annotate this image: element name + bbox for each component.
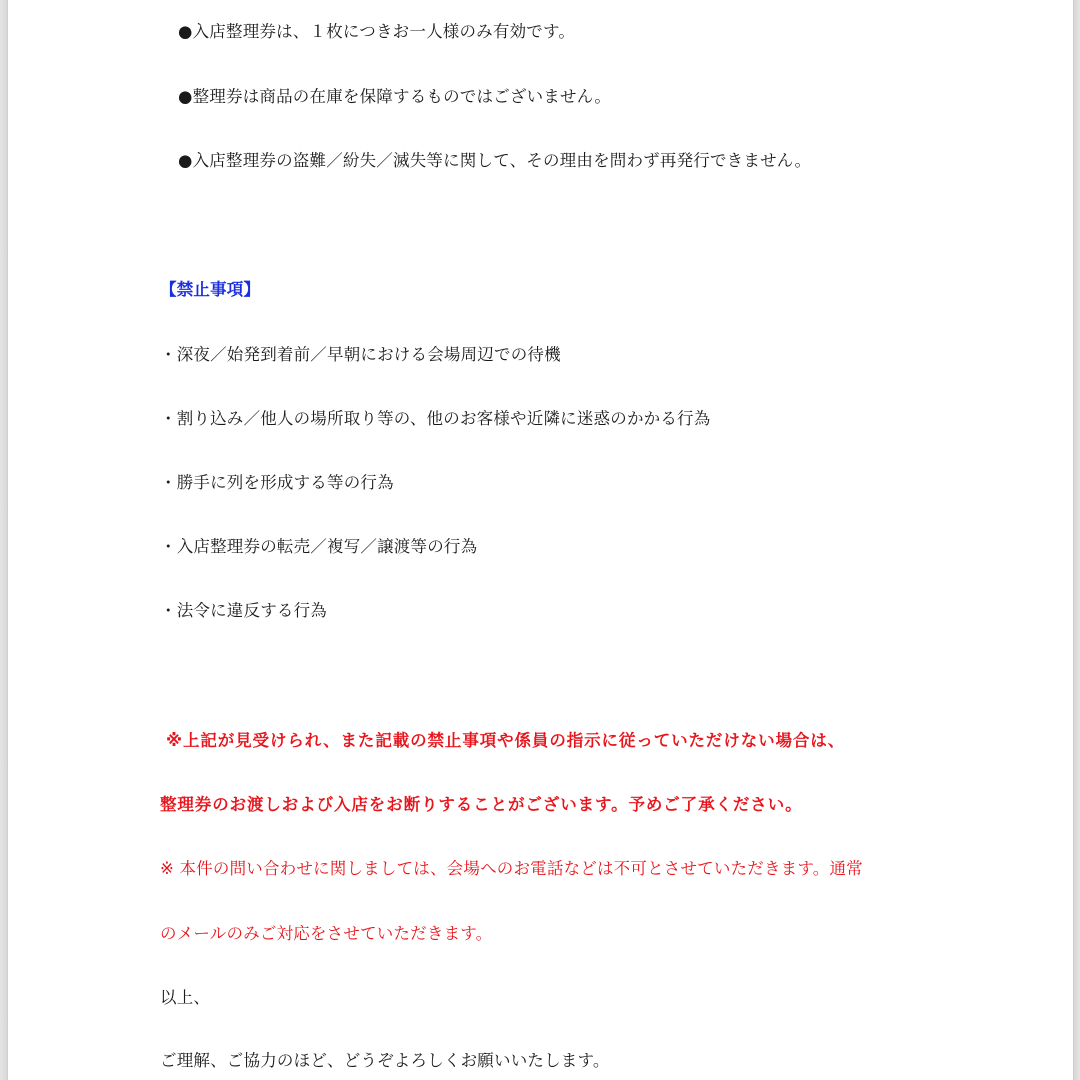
page-edge-right: [1073, 0, 1080, 1080]
contact-line-1: ※ 本件の問い合わせに関しましては、会場へのお電話などは不可とさせていただきます…: [160, 859, 863, 879]
prohibited-item: ・割り込み／他人の場所取り等の、他のお客様や近隣に迷惑のかかる行為: [160, 409, 710, 429]
note-ticket-per-person: ●入店整理券は、１枚につきお一人様のみ有効です。: [178, 22, 575, 42]
prohibited-item: ・入店整理券の転売／複写／譲渡等の行為: [160, 537, 477, 557]
prohibited-item: ・法令に違反する行為: [160, 601, 327, 621]
prohibited-item: ・深夜／始発到着前／早朝における会場周辺での待機: [160, 345, 561, 365]
warning-line-2: 整理券のお渡しおよび入店をお断りすることがございます。予めご了承ください。: [160, 795, 802, 815]
page-edge-left: [0, 0, 8, 1080]
document-page: ●入店整理券は、１枚につきお一人様のみ有効です。 ●整理券は商品の在庫を保障する…: [0, 0, 1080, 1080]
closing-ijou: 以上、: [160, 988, 210, 1008]
prohibited-heading: 【禁止事項】: [160, 280, 260, 300]
contact-line-2: のメールのみご対応をさせていただきます。: [160, 924, 492, 944]
note-no-stock-guarantee: ●整理券は商品の在庫を保障するものではございません。: [178, 87, 611, 107]
closing-thanks: ご理解、ご協力のほど、どうぞよろしくお願いいたします。: [160, 1051, 610, 1071]
warning-line-1: ※上記が見受けられ、また記載の禁止事項や係員の指示に従っていただけない場合は、: [166, 731, 845, 751]
prohibited-item: ・勝手に列を形成する等の行為: [160, 473, 394, 493]
note-no-reissue: ●入店整理券の盗難／紛失／滅失等に関して、その理由を問わず再発行できません。: [178, 151, 811, 171]
